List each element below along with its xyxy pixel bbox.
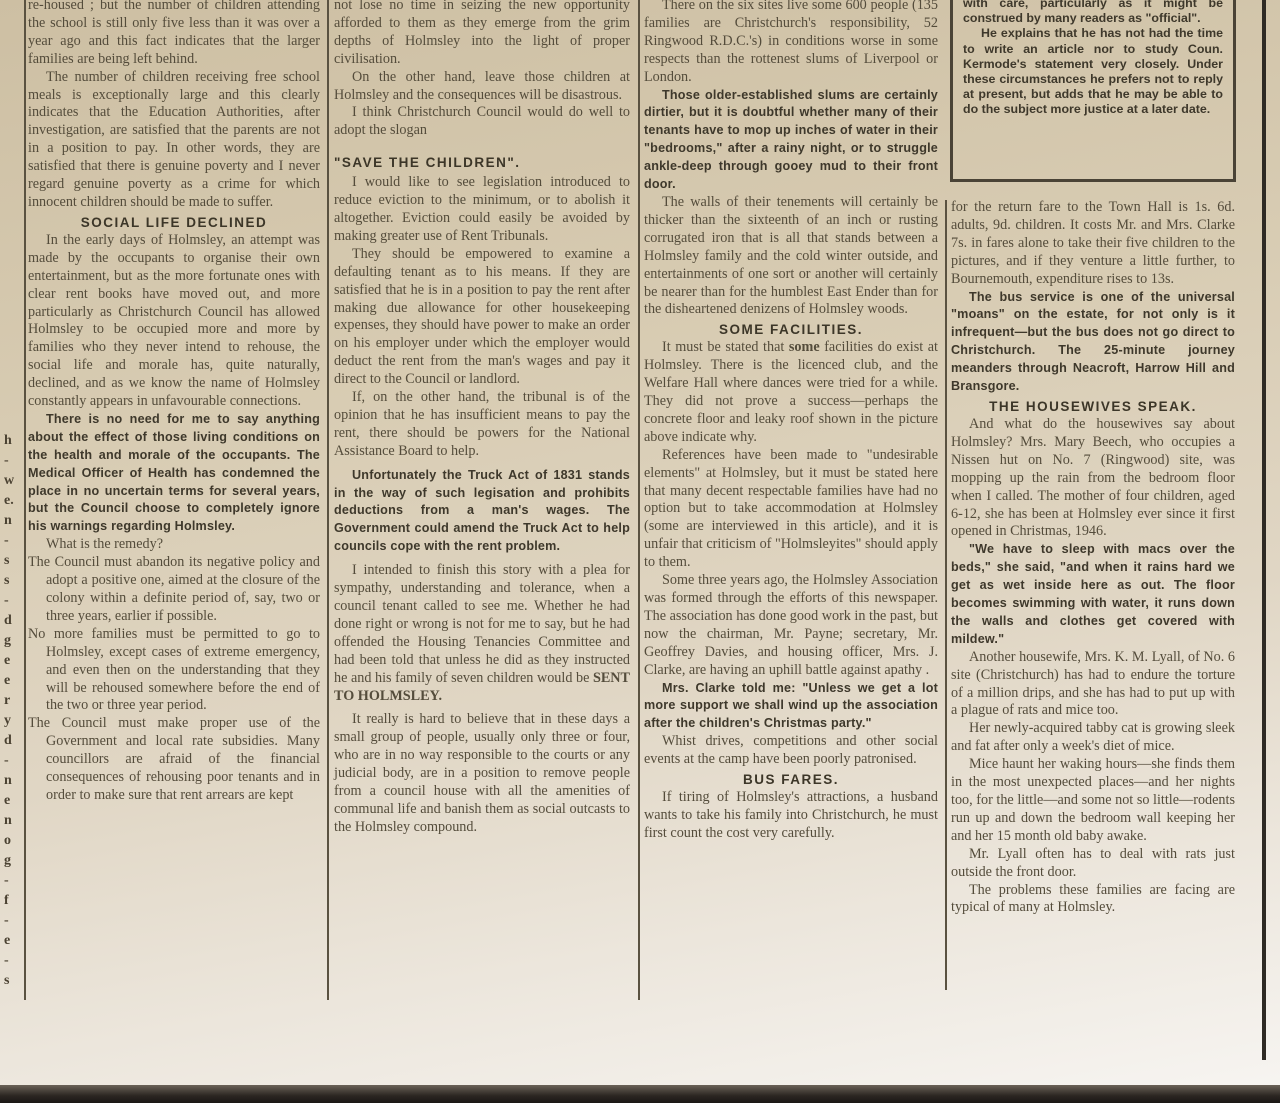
- margin-letter: n: [4, 772, 12, 789]
- subheading-social-life-declined: SOCIAL LIFE DECLINED: [28, 214, 320, 232]
- paragraph: It really is hard to believe that in the…: [334, 711, 630, 836]
- margin-letter: e: [4, 792, 10, 809]
- margin-letter: e: [4, 652, 10, 669]
- paragraph: I think Christchurch Council would do we…: [334, 104, 630, 140]
- paragraph: In the early days of Holmsley, an attemp…: [28, 232, 320, 411]
- column-rule-2: [327, 0, 329, 1000]
- margin-letter: n: [4, 812, 12, 829]
- column-rule-1: [24, 0, 26, 1000]
- page-bottom-shadow: [0, 1085, 1280, 1103]
- subheading-bus-fares: BUS FARES.: [644, 771, 938, 789]
- paragraph: Mr. Lyall often has to deal with rats ju…: [951, 846, 1235, 882]
- bold-paragraph: The bus service is one of the universal …: [951, 289, 1235, 396]
- paragraph: References have been made to "undesirabl…: [644, 447, 938, 572]
- boxed-paragraph: with care, particularly as it might be c…: [963, 0, 1223, 26]
- slogan: "SAVE THE CHILDREN".: [334, 154, 630, 172]
- margin-letter: e: [4, 932, 10, 949]
- paragraph-text: I intended to finish this story with a p…: [334, 562, 630, 685]
- paragraph: I intended to finish this story with a p…: [334, 562, 630, 705]
- margin-letter: s: [4, 572, 9, 589]
- column-4: for the return fare to the Town Hall is …: [951, 199, 1235, 917]
- paragraph: re-housed ; but the number of children a…: [28, 0, 320, 69]
- page-edge: [1262, 0, 1266, 1060]
- bold-paragraph: "We have to sleep with macs over the bed…: [951, 541, 1235, 648]
- margin-letter: -: [4, 752, 9, 769]
- paragraph: On the other hand, leave those children …: [334, 69, 630, 105]
- paragraph: Whist drives, competitions and other soc…: [644, 733, 938, 769]
- column-rule-3: [638, 0, 640, 1000]
- boxed-editor-note: with care, particularly as it might be c…: [950, 0, 1236, 182]
- paragraph: It must be stated that some facilities d…: [644, 339, 938, 446]
- margin-letter: n: [4, 512, 12, 529]
- bold-paragraph: There is no need for me to say anything …: [28, 411, 320, 536]
- margin-letter: -: [4, 452, 9, 469]
- paragraph: for the return fare to the Town Hall is …: [951, 199, 1235, 289]
- paragraph: They should be empowered to examine a de…: [334, 246, 630, 389]
- paragraph-text: It must be stated that: [662, 339, 784, 355]
- paragraph: Another housewife, Mrs. K. M. Lyall, of …: [951, 649, 1235, 721]
- margin-letter: e.: [4, 492, 14, 509]
- margin-letter: -: [4, 952, 9, 969]
- margin-letter: e: [4, 672, 10, 689]
- margin-letter: o: [4, 832, 11, 849]
- column-rule-4: [945, 200, 947, 990]
- emphasis-some: some: [789, 339, 820, 355]
- margin-letter: s: [4, 552, 9, 569]
- subheading-housewives-speak: THE HOUSEWIVES SPEAK.: [951, 398, 1235, 416]
- paragraph: If tiring of Holmsley's attractions, a h…: [644, 789, 938, 843]
- margin-letter: s: [4, 972, 9, 989]
- paragraph: The walls of their tenements will certai…: [644, 194, 938, 319]
- paragraph: The number of children receiving free sc…: [28, 69, 320, 212]
- remedy-item-2: No more families must be permitted to go…: [28, 626, 320, 716]
- margin-letter: -: [4, 532, 9, 549]
- paragraph: I would like to see legislation introduc…: [334, 174, 630, 246]
- paragraph: Some three years ago, the Holmsley Assoc…: [644, 572, 938, 679]
- margin-letter: r: [4, 692, 10, 709]
- paragraph: Mice haunt her waking hours—she finds th…: [951, 756, 1235, 846]
- subheading-some-facilities: SOME FACILITIES.: [644, 321, 938, 339]
- margin-letter: g: [4, 632, 11, 649]
- newspaper-page: h-we.n-ss-dgeeryd-nenog-f-e-s re-housed …: [0, 0, 1280, 1103]
- margin-letter: y: [4, 712, 11, 729]
- bold-paragraph: Mrs. Clarke told me: "Unless we get a lo…: [644, 680, 938, 734]
- margin-letter: h: [4, 432, 12, 449]
- bold-paragraph: Those older-established slums are certai…: [644, 87, 938, 194]
- column-2: not lose no time in seizing the new oppo…: [334, 0, 630, 837]
- margin-letter: -: [4, 592, 9, 609]
- paragraph: There on the six sites live some 600 peo…: [644, 0, 938, 87]
- paragraph: And what do the housewives say about Hol…: [951, 416, 1235, 541]
- paragraph: If, on the other hand, the tribunal is o…: [334, 389, 630, 461]
- margin-letter: w: [4, 472, 14, 489]
- boxed-paragraph: He explains that he has not had the time…: [963, 26, 1223, 117]
- remedy-item-1: The Council must abandon its negative po…: [28, 554, 320, 626]
- column-1: re-housed ; but the number of children a…: [28, 0, 320, 805]
- paragraph: What is the remedy?: [28, 536, 320, 554]
- column-3: There on the six sites live some 600 peo…: [644, 0, 938, 843]
- bold-paragraph: Unfortunately the Truck Act of 1831 stan…: [334, 467, 630, 557]
- paragraph: The problems these families are facing a…: [951, 882, 1235, 918]
- margin-letter: d: [4, 732, 12, 749]
- margin-letter: -: [4, 872, 9, 889]
- margin-letter: d: [4, 612, 12, 629]
- paragraph: Her newly-acquired tabby cat is growing …: [951, 720, 1235, 756]
- adjacent-column-fragment: h-we.n-ss-dgeeryd-nenog-f-e-s: [0, 0, 22, 1000]
- margin-letter: g: [4, 852, 11, 869]
- remedy-item-3: The Council must make proper use of the …: [28, 715, 320, 805]
- margin-letter: f: [4, 892, 9, 909]
- paragraph: not lose no time in seizing the new oppo…: [334, 0, 630, 69]
- margin-letter: -: [4, 912, 9, 929]
